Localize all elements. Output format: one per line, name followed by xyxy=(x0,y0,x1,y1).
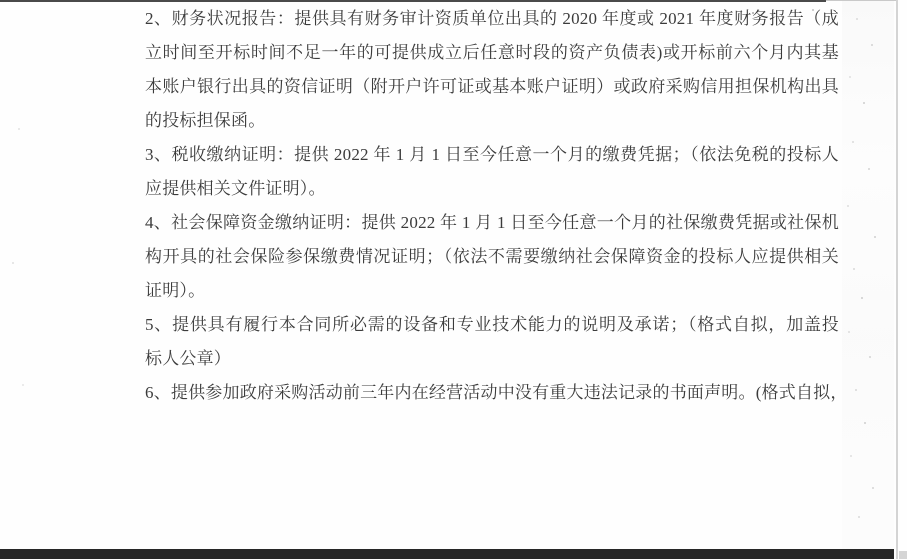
text-line: 6、提供参加政府采购活动前三年内在经营活动中没有重大违法记录的书面声明。(格式自… xyxy=(145,376,839,410)
paragraph-equipment-capability-statement: 5、提供具有履行本合同所必需的设备和专业技术能力的说明及承诺；（格式自拟，加盖投… xyxy=(145,308,839,376)
text-line: 5、提供具有履行本合同所必需的设备和专业技术能力的说明及承诺；（格式自拟，加盖投 xyxy=(145,308,839,342)
text-line: 标人公章） xyxy=(145,342,839,376)
text-line: 3、税收缴纳证明：提供 2022 年 1 月 1 日至今任意一个月的缴费凭据；（… xyxy=(145,138,839,172)
paragraph-tax-payment-certificate: 3、税收缴纳证明：提供 2022 年 1 月 1 日至今任意一个月的缴费凭据；（… xyxy=(145,138,839,206)
text-line: 应提供相关文件证明）。 xyxy=(145,172,839,206)
text-line: 2、财务状况报告：提供具有财务审计资质单位出具的 2020 年度或 2021 年… xyxy=(145,2,839,36)
scan-bottom-edge-fragment xyxy=(899,551,907,559)
page-right-edge-line xyxy=(896,0,898,559)
text-line: 立时间至开标时间不足一年的可提供成立后任意时段的资产负债表)或开标前六个月内其基 xyxy=(145,36,839,70)
text-line: 的投标担保函。 xyxy=(145,104,839,138)
paragraph-financial-status-report: 2、财务状况报告：提供具有财务审计资质单位出具的 2020 年度或 2021 年… xyxy=(145,2,839,138)
text-line: 本账户银行出具的资信证明（附开户许可证或基本账户证明）或政府采购信用担保机构出具 xyxy=(145,70,839,104)
text-line: 4、社会保障资金缴纳证明：提供 2022 年 1 月 1 日至今任意一个月的社保… xyxy=(145,206,839,240)
scan-top-edge-faint-line xyxy=(826,0,898,1)
text-line: 构开具的社会保险参保缴费情况证明；（依法不需要缴纳社会保障资金的投标人应提供相关 xyxy=(145,240,839,274)
document-text-block: 2、财务状况报告：提供具有财务审计资质单位出具的 2020 年度或 2021 年… xyxy=(145,2,839,410)
paragraph-social-security-certificate: 4、社会保障资金缴纳证明：提供 2022 年 1 月 1 日至今任意一个月的社保… xyxy=(145,206,839,308)
text-line: 证明）。 xyxy=(145,274,839,308)
scan-bottom-edge-bar xyxy=(0,549,894,559)
paragraph-no-major-violation-declaration: 6、提供参加政府采购活动前三年内在经营活动中没有重大违法记录的书面声明。(格式自… xyxy=(145,376,839,410)
scanned-document-page: 2、财务状况报告：提供具有财务审计资质单位出具的 2020 年度或 2021 年… xyxy=(0,0,907,559)
scan-margin-smudge xyxy=(842,0,894,549)
